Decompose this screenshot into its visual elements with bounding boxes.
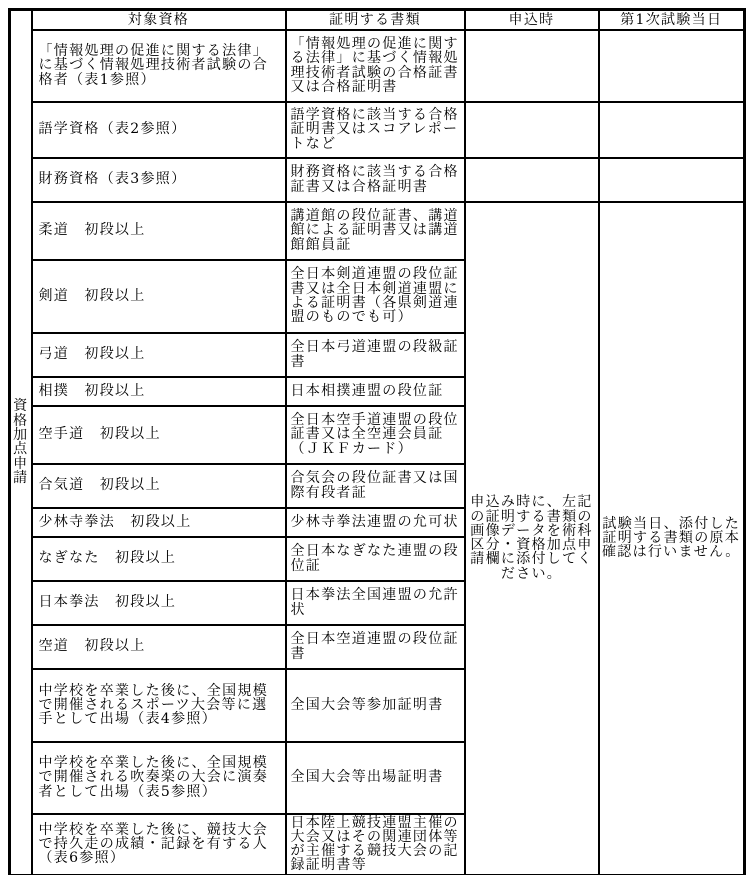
- qualification-cell: 相撲 初段以上: [32, 377, 286, 406]
- document-cell: 全日本剣道連盟の段位証 書又は全日本剣道連盟に よる証明書（各県剣道連 盟のもの…: [286, 260, 465, 333]
- document-cell: 日本拳法全国連盟の允許 状: [286, 581, 465, 625]
- document-cell: 講道館の段位証書、講道 館による証明書又は講道 館館員証: [286, 202, 465, 260]
- exam-day-cell: [599, 30, 745, 102]
- qualification-cell: 「情報処理の促進に関する法律」 に基づく情報処理技術者試験の合 格者（表1参照）: [32, 30, 286, 102]
- table-row: 「情報処理の促進に関する法律」 に基づく情報処理技術者試験の合 格者（表1参照）…: [10, 30, 745, 102]
- header-at-application: 申込時: [465, 10, 599, 30]
- qualification-cell: 剣道 初段以上: [32, 260, 286, 333]
- table-row: 語学資格（表2参照） 語学資格に該当する合格 証明書又はスコアレポー トなど: [10, 102, 745, 158]
- qualification-cell: 中学校を卒業した後に、全国規模 で開催されるスポーツ大会等に選 手として出場（表…: [32, 669, 286, 742]
- qualification-cell: 少林寺拳法 初段以上: [32, 508, 286, 537]
- qualification-cell: 合気道 初段以上: [32, 464, 286, 508]
- application-note-cell: 申込み時に、左記 の証明する書類の 画像データを術科 区分・資格加点申 請欄に添…: [465, 202, 599, 875]
- document-cell: 合気会の段位証書又は国 際有段者証: [286, 464, 465, 508]
- header-target-qualification: 対象資格: [32, 10, 286, 30]
- side-label-qualification-bonus-application: 資格加点申請: [10, 10, 32, 875]
- exam-day-cell: [599, 158, 745, 202]
- document-cell: 財務資格に該当する合格 証書又は合格証明書: [286, 158, 465, 202]
- document-cell: 日本陸上競技連盟主催の 大会又はその関連団体等 が主催する競技大会の記 録証明書…: [286, 814, 465, 875]
- qualification-table: 資格加点申請 対象資格 証明する書類 申込時 第1次試験当日 「情報処理の促進に…: [8, 8, 746, 875]
- qualification-cell: 空手道 初段以上: [32, 406, 286, 464]
- qualification-cell: 空道 初段以上: [32, 625, 286, 669]
- document-cell: 全日本弓道連盟の段級証 書: [286, 333, 465, 377]
- qualification-cell: 日本拳法 初段以上: [32, 581, 286, 625]
- document-cell: 「情報処理の促進に関す る法律」に基づく情報処 理技術者試験の合格証書 又は合格…: [286, 30, 465, 102]
- qualification-cell: 柔道 初段以上: [32, 202, 286, 260]
- qualification-cell: 財務資格（表3参照）: [32, 158, 286, 202]
- exam-day-note-cell: 試験当日、添付した 証明する書類の原本 確認は行いません。: [599, 202, 745, 875]
- exam-day-cell: [599, 102, 745, 158]
- document-cell: 語学資格に該当する合格 証明書又はスコアレポー トなど: [286, 102, 465, 158]
- document-cell: 少林寺拳法連盟の允可状: [286, 508, 465, 537]
- header-row: 資格加点申請 対象資格 証明する書類 申込時 第1次試験当日: [10, 10, 745, 30]
- qualification-cell: なぎなた 初段以上: [32, 537, 286, 581]
- header-first-exam-day: 第1次試験当日: [599, 10, 745, 30]
- table-row: 柔道 初段以上 講道館の段位証書、講道 館による証明書又は講道 館館員証 申込み…: [10, 202, 745, 260]
- document-cell: 全日本空手道連盟の段位 証書又は全空連会員証 （ＪＫＦカード）: [286, 406, 465, 464]
- application-cell: [465, 30, 599, 102]
- document-cell: 日本相撲連盟の段位証: [286, 377, 465, 406]
- document-cell: 全国大会等参加証明書: [286, 669, 465, 742]
- document-cell: 全日本なぎなた連盟の段 位証: [286, 537, 465, 581]
- qualification-cell: 語学資格（表2参照）: [32, 102, 286, 158]
- qualification-cell: 弓道 初段以上: [32, 333, 286, 377]
- document-cell: 全日本空道連盟の段位証 書: [286, 625, 465, 669]
- header-proof-document: 証明する書類: [286, 10, 465, 30]
- qualification-cell: 中学校を卒業した後に、競技大会 で持久走の成績・記録を有する人 （表6参照）: [32, 814, 286, 875]
- application-cell: [465, 158, 599, 202]
- qualification-cell: 中学校を卒業した後に、全国規模 で開催される吹奏楽の大会に演奏 者として出場（表…: [32, 742, 286, 814]
- application-cell: [465, 102, 599, 158]
- document-cell: 全国大会等出場証明書: [286, 742, 465, 814]
- table-row: 財務資格（表3参照） 財務資格に該当する合格 証書又は合格証明書: [10, 158, 745, 202]
